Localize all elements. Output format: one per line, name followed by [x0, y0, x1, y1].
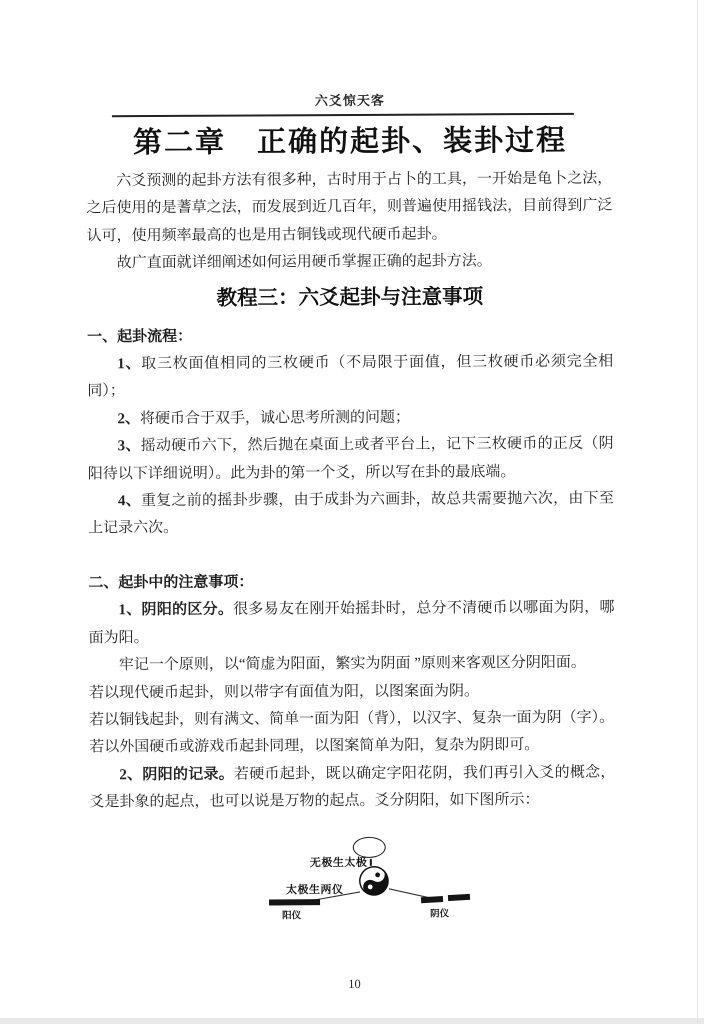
- body-text-column: 六爻预测的起卦方法有很多种，古时用于占卜的工具，一开始是龟卜之法，之后使用的是蓍…: [86, 166, 615, 817]
- yang-line-bar: [269, 899, 320, 905]
- wuji-taiji-connector: [370, 858, 372, 865]
- item-text: 将硬币合于双手，诚心思考所测的问题；: [140, 410, 410, 427]
- note-paragraph: 若以铜钱起卦，则有满文、简单一面为阳（背），以汉字、复杂一面为阴（字）。: [89, 705, 615, 735]
- item-text: 取三枚面值相同的三枚硬币（不局限于面值，但三枚硬币必须完全相同）；: [87, 354, 613, 400]
- paragraph-text: 若以现代硬币起卦，则以带字有面值为阳，以图案面为阴。: [89, 683, 479, 701]
- item-text: 重复之前的摇卦步骤，由于成卦为六画卦，故总共需要抛六次，由下至上记录六次。: [88, 491, 614, 537]
- paragraph-text: 若以外国硬币或游戏币起卦同理，以图案简单为阳，复杂为阴即可。: [89, 737, 539, 755]
- paragraph-lead: 2、阴阳的记录。: [119, 766, 234, 783]
- page-number: 10: [2, 975, 704, 994]
- note-paragraph: 1、阴阳的区分。很多易友在刚开始摇卦时，总分不清硬币以哪面为阴，哪面为阳。: [88, 595, 614, 653]
- note-paragraph: 若以外国硬币或游戏币起卦同理，以图案简单为阳，复杂为阴即可。: [89, 732, 615, 762]
- list-item: 2、将硬币合于双手，诚心思考所测的问题；: [87, 403, 613, 433]
- taiji-icon: [359, 865, 389, 895]
- label-yang-yi: 阳仪: [282, 907, 301, 921]
- note-paragraph: 牢记一个原则，以“简虚为阳面，繁实为阴面 ”原则来客观区分阴阳面。: [89, 650, 615, 680]
- scan-edge-bottom: [0, 1018, 704, 1024]
- list-item: 4、重复之前的摇卦步骤，由于成卦为六画卦，故总共需要抛六次，由下至上记录六次。: [88, 486, 614, 544]
- note-paragraph: 若以现代硬币起卦，则以带字有面值为阳，以图案面为阴。: [89, 677, 615, 707]
- tutorial-subtitle: 教程三：六爻起卦与注意事项: [87, 281, 613, 314]
- label-taiji-to-liangyi: 太极生两仪: [286, 881, 344, 897]
- paragraph-text: 牢记一个原则，以“简虚为阳面，繁实为阴面 ”原则来客观区分阴阳面。: [119, 655, 586, 673]
- chapter-title: 第二章 正确的起卦、装卦过程: [0, 117, 702, 162]
- label-yin-yi: 阴仪: [430, 905, 449, 919]
- paragraph-text: 若以铜钱起卦，则有满文、简单一面为阳（背），以汉字、复杂一面为阴（字）。: [89, 710, 614, 729]
- item-text: 摇动硬币六下，然后抛在桌面上或者平台上，记下三枚硬币的正反（阴阳待以下详细说明）…: [88, 436, 614, 482]
- item-number: 2、: [117, 411, 140, 427]
- section2-heading: 二、起卦中的注意事项：: [88, 568, 614, 598]
- list-item: 3、摇动硬币六下，然后抛在桌面上或者平台上，记下三枚硬币的正反（阴阳待以下详细说…: [88, 431, 614, 489]
- yin-line-bar-right: [448, 893, 470, 900]
- yin-line-bar-left: [421, 895, 443, 902]
- paragraph-lead: 1、阴阳的区分。: [118, 602, 233, 619]
- note-paragraph: 2、阴阳的记录。若硬币起卦，既以确定字阳花阴，我们再引入爻的概念，爻是卦象的起点…: [89, 759, 615, 817]
- intro-paragraph-1: 六爻预测的起卦方法有很多种，古时用于占卜的工具，一开始是龟卜之法，之后使用的是蓍…: [86, 166, 612, 251]
- taiji-liangyi-diagram: 无极生太极 太极生两仪 阳仪 阴仪: [2, 835, 704, 933]
- item-number: 1、: [117, 356, 141, 372]
- section1-heading: 一、起卦流程：: [87, 321, 613, 351]
- intro-paragraph-2: 故广直面就详细阐述如何运用硬币掌握正确的起卦方法。: [87, 248, 613, 278]
- running-head: 六爻惊天客: [0, 0, 702, 111]
- scanned-page: 六爻惊天客 第二章 正确的起卦、装卦过程 六爻预测的起卦方法有很多种，古时用于占…: [0, 0, 704, 1024]
- item-number: 4、: [118, 493, 141, 509]
- scan-edge-right: [697, 0, 698, 1024]
- header-rule: [112, 113, 574, 117]
- item-number: 3、: [118, 438, 141, 454]
- list-item: 1、取三枚面值相同的三枚硬币（不局限于面值，但三枚硬币必须完全相同）；: [87, 349, 613, 407]
